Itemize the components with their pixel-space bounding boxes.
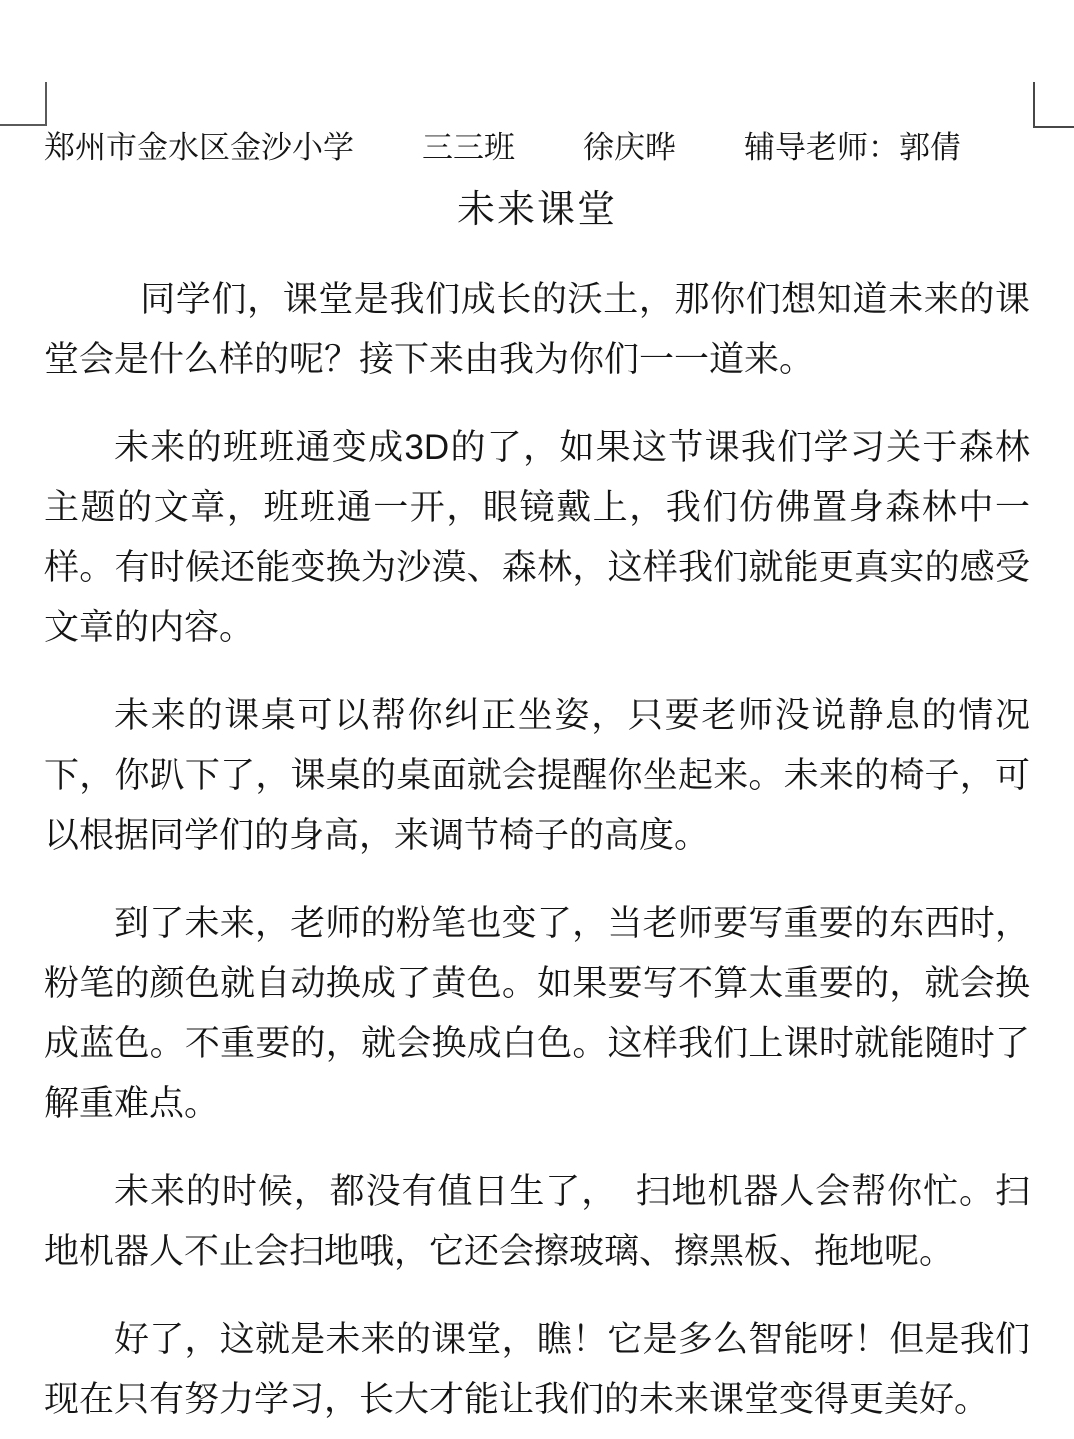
document-content: 郑州市金水区金沙小学 三三班 徐庆晔 辅导老师：郭倩 未来课堂 同学们，课堂是我… (0, 0, 1074, 1430)
crop-mark-top-right-icon (1033, 82, 1074, 128)
paragraph-6: 好了，这就是未来的课堂，瞧！它是多么智能呀！但是我们现在只有努力学习，长大才能让… (44, 1310, 1030, 1430)
crop-mark-top-left-icon (0, 82, 47, 126)
teacher-name: 辅导老师：郭倩 (744, 131, 961, 164)
paragraph-3: 未来的课桌可以帮你纠正坐姿，只要老师没说静息的情况下，你趴下了，课桌的桌面就会提… (44, 686, 1030, 866)
paragraph-4: 到了未来，老师的粉笔也变了，当老师要写重要的东西时，粉笔的颜色就自动换成了黄色。… (44, 894, 1030, 1134)
paragraph-2: 未来的班班通变成3D的了，如果这节课我们学习关于森林主题的文章，班班通一开，眼镜… (44, 418, 1030, 658)
school-name: 郑州市金水区金沙小学 (44, 131, 354, 164)
essay-title: 未来课堂 (44, 188, 1030, 232)
student-name: 徐庆晔 (583, 131, 676, 164)
paragraph-1: 同学们，课堂是我们成长的沃土，那你们想知道未来的课堂会是什么样的呢？接下来由我为… (44, 270, 1030, 390)
paragraph-5: 未来的时候，都没有值日生了， 扫地机器人会帮你忙。扫地机器人不止会扫地哦，它还会… (44, 1162, 1030, 1282)
class-name: 三三班 (422, 131, 515, 164)
byline: 郑州市金水区金沙小学 三三班 徐庆晔 辅导老师：郭倩 (44, 131, 1030, 164)
document-page: 郑州市金水区金沙小学 三三班 徐庆晔 辅导老师：郭倩 未来课堂 同学们，课堂是我… (0, 0, 1074, 1439)
